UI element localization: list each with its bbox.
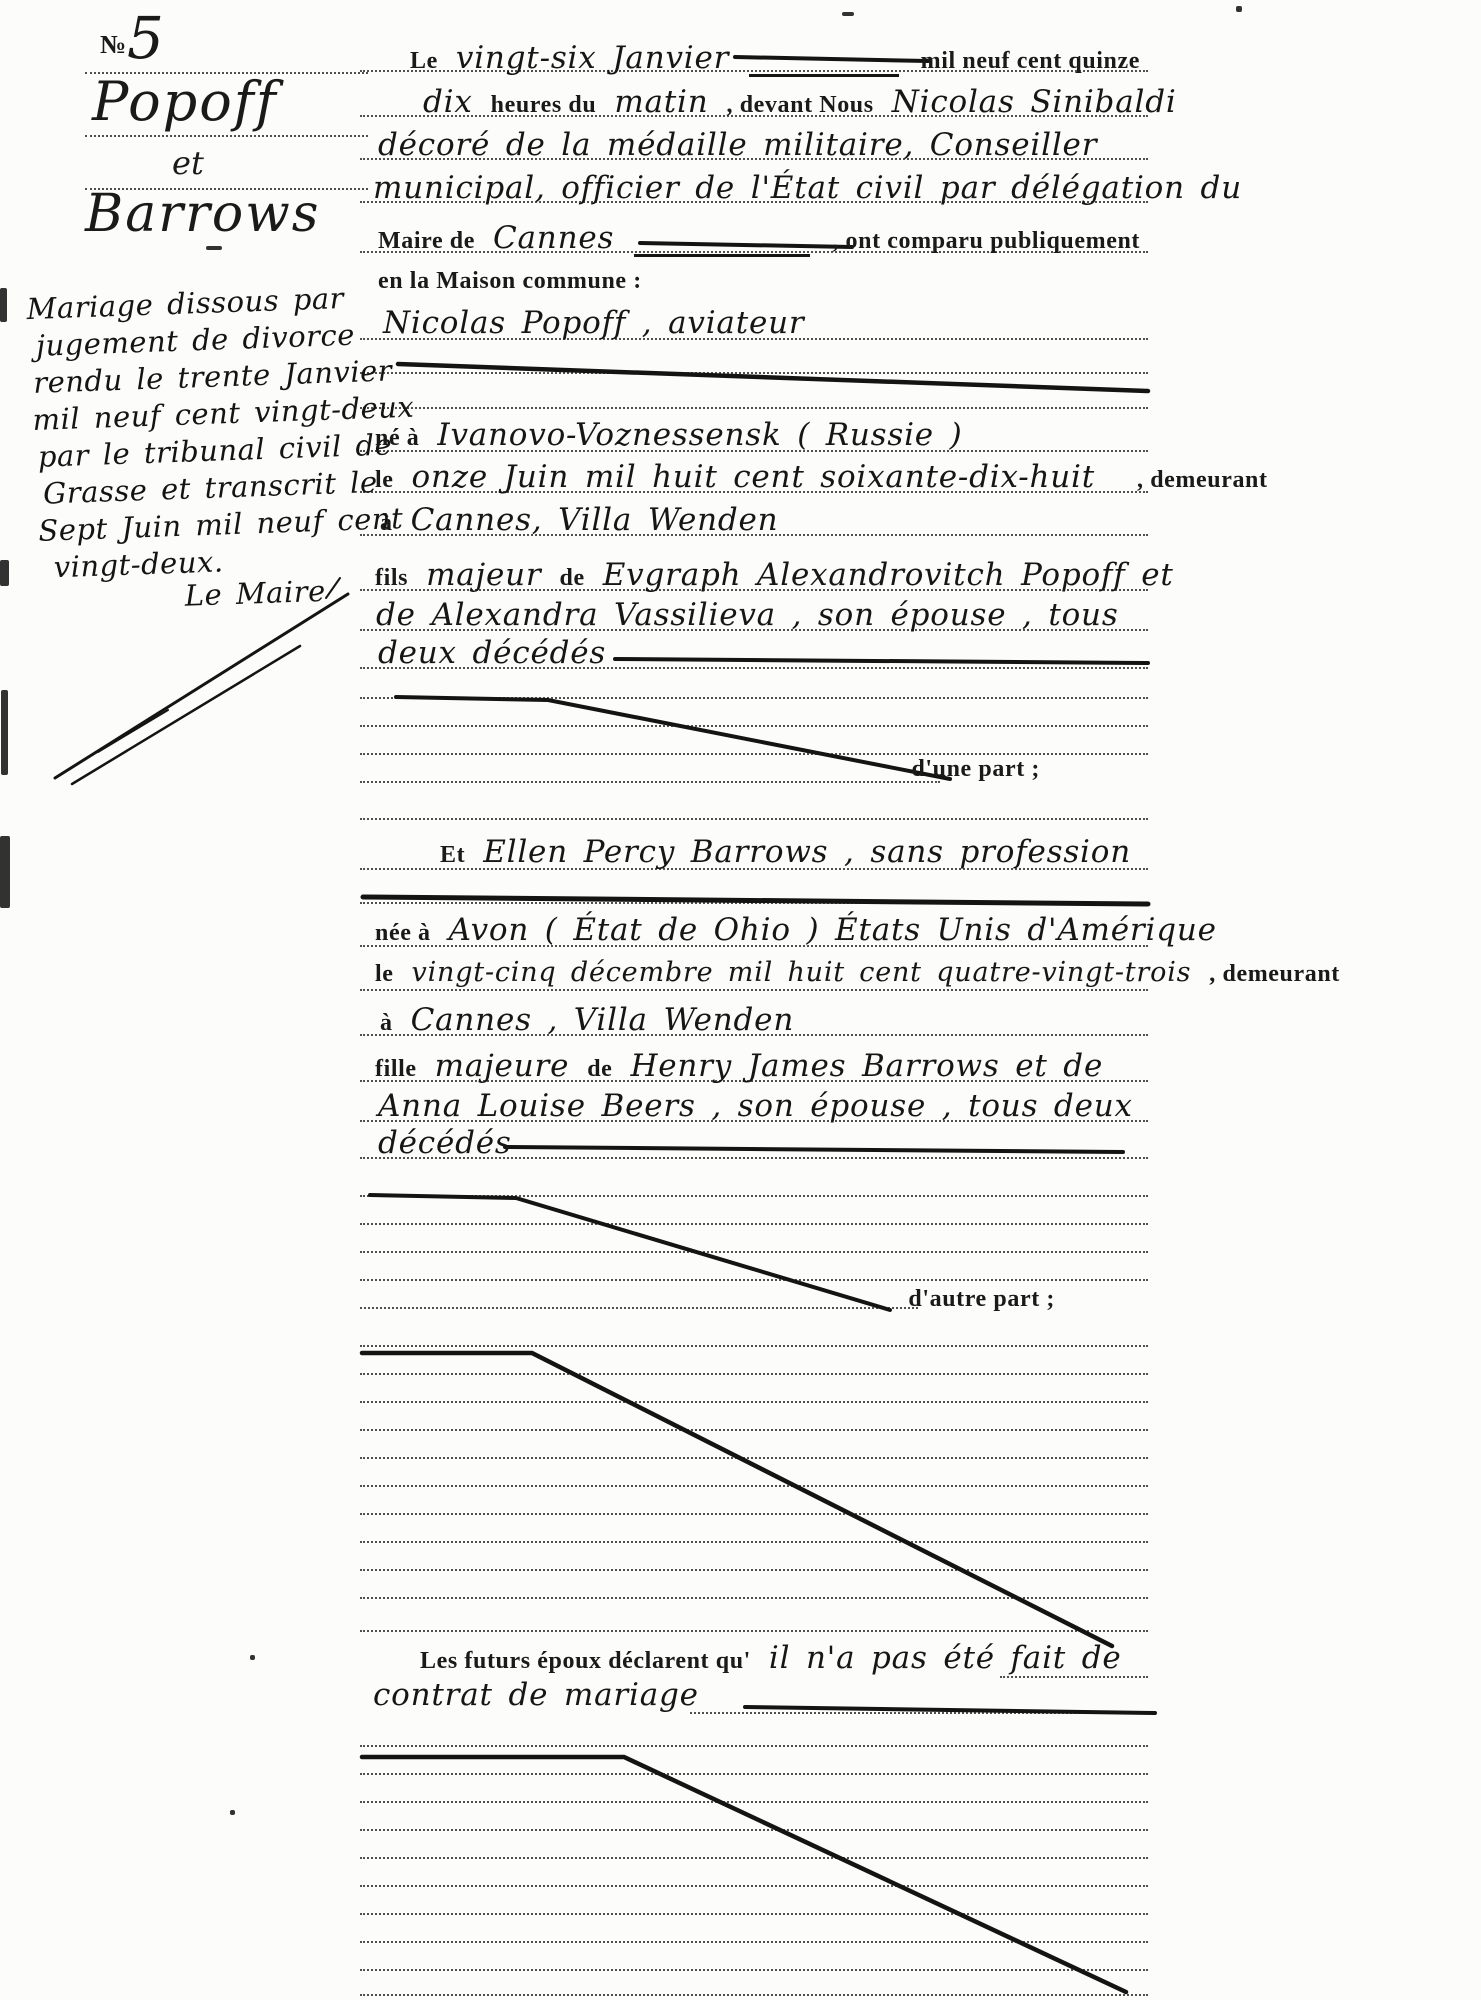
- strike-line-groom-name: [398, 364, 1148, 391]
- line-bride-name: EtEllen Percy Barrows , sans profession: [360, 834, 1150, 880]
- dotted-rule: [360, 1913, 1148, 1915]
- printed-text: en la Maison commune :: [378, 268, 642, 295]
- dotted-rule: [360, 725, 1148, 727]
- handwritten-text: vingt-six Janvier: [456, 40, 729, 76]
- handwritten-text: matin: [614, 84, 708, 120]
- printed-text: née à: [375, 920, 431, 947]
- printed-text: d'autre part ;: [908, 1286, 1055, 1313]
- handwritten-text: Ivanovo-Voznessensk ( Russie ): [437, 417, 962, 453]
- dotted-rule: [360, 1429, 1148, 1431]
- printed-text: le: [375, 467, 394, 494]
- dotted-rule: [360, 1630, 1148, 1632]
- dotted-rule: [360, 1569, 1148, 1571]
- line-groom-birthdate: leonze Juin mil huit cent soixante-dix-h…: [360, 459, 1150, 505]
- dotted-rule: [360, 1251, 1148, 1253]
- dotted-rule: [360, 1513, 1148, 1515]
- dotted-rule: [360, 1857, 1148, 1859]
- signature-flourish-1: [55, 594, 348, 778]
- handwritten-text: majeure: [435, 1048, 570, 1084]
- handwritten-text: Cannes , Villa Wenden: [411, 1002, 794, 1038]
- handwritten-text: Henry James Barrows et de: [630, 1048, 1103, 1084]
- printed-text: , ont comparu publiquement: [832, 228, 1140, 255]
- act-number-handwritten: 5: [127, 4, 164, 72]
- line-officiant-title-2: municipal, officier de l'État civil par …: [360, 170, 1150, 216]
- line-bride-birthdate: levingt-cinq décembre mil huit cent quat…: [360, 957, 1150, 1003]
- scan-artifact: [1, 690, 8, 775]
- handwritten-text: municipal, officier de l'État civil par …: [373, 170, 1242, 206]
- dotted-rule: [360, 1485, 1148, 1487]
- printed-text: mil neuf cent quinze: [921, 48, 1140, 75]
- dotted-rule: [360, 1373, 1148, 1375]
- dotted-rule: [85, 135, 368, 137]
- scan-artifact: [250, 1655, 255, 1660]
- printed-text: Et: [440, 842, 465, 869]
- dotted-rule: [360, 372, 1148, 374]
- strike-line-blank-section-2: [362, 1757, 1126, 1992]
- signature-flourish-4: [326, 578, 340, 598]
- handwritten-text: décédés: [378, 1125, 512, 1161]
- margin-connector-et: et: [172, 144, 204, 182]
- dotted-rule: [360, 1941, 1148, 1943]
- scan-artifact: [0, 288, 7, 322]
- line-officiant-title-1: décoré de la médaille militaire, Conseil…: [360, 127, 1150, 173]
- dotted-rule: [360, 1195, 1148, 1197]
- scan-artifact: [1236, 6, 1242, 12]
- scan-artifact: [206, 246, 222, 250]
- dotted-rule: [360, 1457, 1148, 1459]
- dotted-rule: [360, 902, 1148, 904]
- handwritten-text: Nicolas Popoff , aviateur: [383, 305, 805, 341]
- line-groom-name: Nicolas Popoff , aviateur: [360, 305, 1150, 351]
- line-dautre-part: d'autre part ;: [360, 1286, 1150, 1332]
- line-groom-residence: àCannes, Villa Wenden: [360, 502, 1150, 548]
- act-number-label: №: [100, 30, 126, 60]
- handwritten-text: de Alexandra Vassilieva , son épouse , t…: [376, 597, 1119, 633]
- printed-text: d'une part ;: [911, 756, 1040, 783]
- handwritten-text: décoré de la médaille militaire, Conseil…: [378, 127, 1097, 163]
- dotted-rule: [360, 407, 1148, 409]
- strike-line-blank-section-1: [362, 1353, 1112, 1646]
- scanned-marriage-act-page: № 5 Popoff et Barrows Mariage dissous pa…: [0, 0, 1481, 2000]
- dotted-rule: [360, 1745, 1148, 1747]
- scan-artifact: [842, 12, 854, 16]
- handwritten-text: Anna Louise Beers , son épouse , tous de…: [378, 1088, 1133, 1124]
- dotted-rule: [360, 1829, 1148, 1831]
- handwritten-text: il n'a pas été fait de: [769, 1640, 1122, 1676]
- printed-text: , demeurant: [1209, 961, 1340, 988]
- signature-flourish-3: [98, 710, 168, 752]
- line-dune-part: d'une part ;: [360, 756, 1150, 802]
- printed-text: le: [375, 961, 394, 988]
- printed-text: à: [380, 1010, 393, 1037]
- printed-text: , demeurant: [1137, 467, 1268, 494]
- line-groom-parents-deceased: deux décédés: [360, 635, 1150, 681]
- dotted-rule: [360, 1597, 1148, 1599]
- printed-text: fille: [375, 1056, 417, 1083]
- dotted-rule: [360, 818, 1148, 820]
- dotted-rule: [360, 753, 1148, 755]
- line-marriage-contract-2: contrat de mariage: [360, 1677, 1150, 1723]
- scan-artifact: [0, 836, 10, 908]
- printed-text: de: [560, 565, 585, 592]
- dotted-rule: [360, 1773, 1148, 1775]
- blank-fill-line: [749, 74, 898, 77]
- handwritten-text: vingt-cinq décembre mil huit cent quatre…: [412, 957, 1192, 988]
- line-groom-birthplace: né àIvanovo-Voznessensk ( Russie ): [360, 417, 1150, 463]
- signature-flourish-2: [72, 646, 300, 784]
- scan-artifact: [0, 560, 9, 586]
- handwritten-text: Ellen Percy Barrows , sans profession: [483, 834, 1131, 870]
- printed-text: né à: [375, 425, 419, 452]
- handwritten-text: Evgraph Alexandrovitch Popoff et: [603, 557, 1174, 593]
- handwritten-text: Cannes, Villa Wenden: [411, 502, 779, 538]
- dotted-rule: [360, 1994, 1148, 1996]
- printed-text: fils: [375, 565, 408, 592]
- handwritten-text: deux décédés: [378, 635, 606, 671]
- printed-text: , devant Nous: [727, 92, 874, 119]
- handwritten-text: Avon ( État de Ohio ) États Unis d'Améri…: [449, 912, 1217, 948]
- dotted-rule: [360, 1885, 1148, 1887]
- printed-text: Les futurs époux déclarent qu': [420, 1648, 751, 1675]
- dotted-rule: [360, 1401, 1148, 1403]
- margin-note-line: Le Maire: [184, 574, 326, 613]
- line-maire-de: Maire deCannes, ont comparu publiquement: [360, 220, 1150, 266]
- dotted-rule: [360, 1345, 1148, 1347]
- line-bride-birthplace: née àAvon ( État de Ohio ) États Unis d'…: [360, 912, 1150, 958]
- margin-bride-surname: Barrows: [85, 184, 320, 244]
- margin-annotation-divorce-note: Mariage dissous parjugement de divorcere…: [26, 280, 376, 292]
- scan-artifact: [230, 1810, 235, 1815]
- printed-text: de: [587, 1056, 612, 1083]
- handwritten-text: contrat de mariage: [373, 1677, 699, 1713]
- dotted-rule: [360, 1541, 1148, 1543]
- printed-text: heures du: [491, 92, 597, 119]
- handwritten-text: majeur: [426, 557, 541, 593]
- dotted-rule: [360, 1969, 1148, 1971]
- handwritten-text: Nicolas Sinibaldi: [892, 84, 1177, 120]
- handwritten-text: dix: [423, 84, 473, 120]
- dotted-rule: [360, 1223, 1148, 1225]
- line-bride-parents-deceased: décédés: [360, 1125, 1150, 1171]
- dotted-rule: [360, 1279, 1148, 1281]
- printed-text: Le: [410, 48, 438, 75]
- dotted-rule: [360, 1801, 1148, 1803]
- line-date: Levingt-six Janviermil neuf cent quinze: [360, 40, 1150, 86]
- dotted-rule: [360, 697, 1148, 699]
- margin-groom-surname: Popoff: [92, 70, 278, 133]
- handwritten-text: onze Juin mil huit cent soixante-dix-hui…: [412, 459, 1095, 495]
- line-bride-residence: àCannes , Villa Wenden: [360, 1002, 1150, 1048]
- printed-text: à: [380, 510, 393, 537]
- line-time-officiant: dixheures dumatin, devant NousNicolas Si…: [360, 84, 1150, 130]
- handwritten-text: Cannes: [493, 220, 614, 256]
- blank-fill-line: [634, 254, 810, 257]
- printed-text: Maire de: [378, 228, 475, 255]
